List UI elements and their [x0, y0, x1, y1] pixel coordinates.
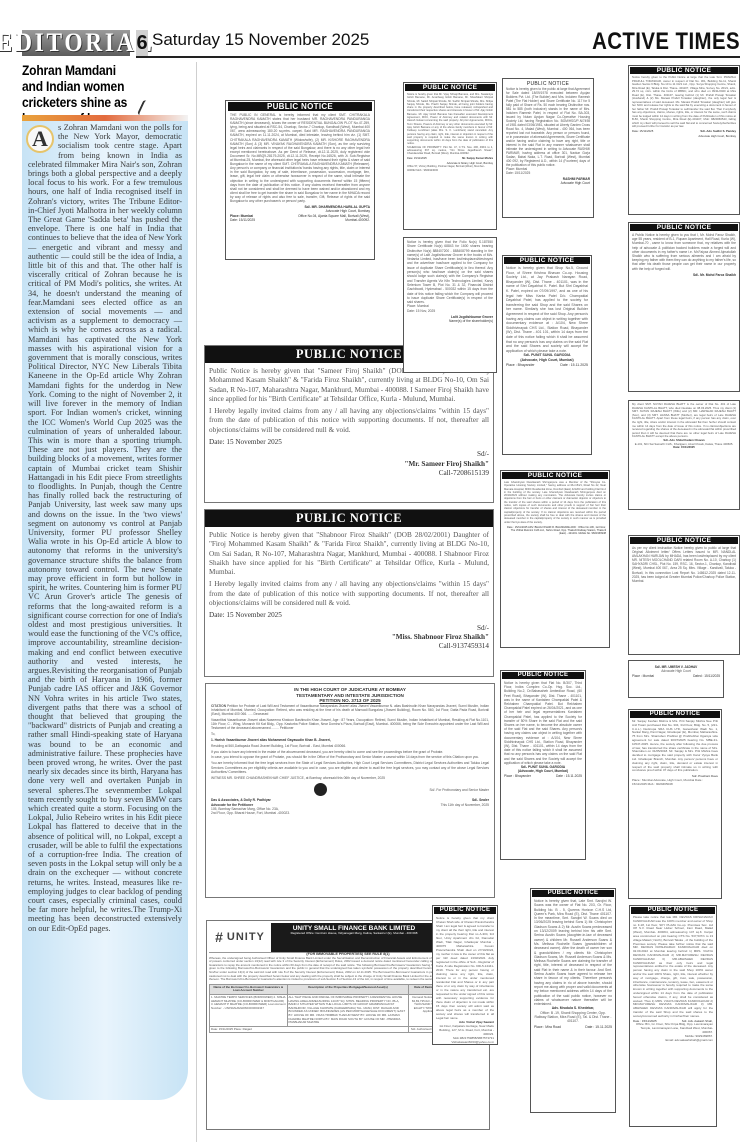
notice-date: Date : 15.11.2025 — [585, 1025, 612, 1029]
table-header: Name of the Borrower/ Co-Borrower/ Guara… — [210, 984, 288, 994]
notice-body: Late Ghanshyam Dwarkanath Shringarpure w… — [504, 481, 606, 524]
notice-patel-shop: PUBLIC NOTICE Notice is hereby given tha… — [502, 255, 592, 455]
notice-shringarpure: PUBLIC NOTICE Late Ghanshyam Dwarkanath … — [500, 470, 610, 648]
notice-sd: Sd/- — [209, 450, 489, 459]
citation-issued-date: This 11th day of November, 2025 — [441, 803, 489, 807]
notice-heading: PUBLIC NOTICE — [630, 224, 738, 231]
notice-signatory: Sd/- PUNIT SUNIL GARODIA(Advocate, High … — [504, 765, 582, 773]
notice-email: Email: adv.aakashshah@gmail.com — [633, 1039, 713, 1043]
notice-heading: PUBLIC NOTICE — [630, 67, 738, 74]
notice-heading: PUBLIC NOTICE — [532, 890, 614, 897]
notice-body: Mr. Sanjay Keshav Mishra & Mrs. Priti Sa… — [632, 720, 718, 773]
notice-footer: Place: MumbaiDate: 15/11/2025 Office No.… — [230, 214, 370, 222]
notice-body: A Public Notice is hereby given to you t… — [632, 233, 736, 271]
editorial-body: A s Zohran Mamdani won the polls for the… — [22, 115, 188, 1100]
notice-date: Date: 15/11/2025 — [632, 130, 653, 134]
notice-body: My client SMT. NUTAN RAJESH BHATT is the… — [632, 403, 736, 439]
notice-place: Place : Mumbai — [632, 674, 654, 678]
notice-signatory-role: Advocate High Court — [632, 669, 720, 673]
notice-harijan: PUBLIC NOTICE As per my client instructi… — [628, 535, 740, 655]
masthead-rule — [136, 56, 740, 58]
notice-body: Public Notice is hereby given that "Shab… — [209, 531, 489, 577]
editorial-text: s Zohran Mamdani won the polls for the N… — [28, 123, 182, 933]
quill-icon — [137, 99, 149, 116]
citation-to: To, — [211, 732, 489, 736]
notice-kamath: PUBLIC NOTICE THE PUBLIC IN GENERAL is h… — [225, 100, 375, 260]
notice-date: Date : 15.11.2025 — [556, 774, 582, 778]
notice-place: Place : Mira Road — [534, 1025, 561, 1029]
citation-petitioner: Vasantibai Vasantkumar Jhaveri alias Nas… — [211, 718, 489, 731]
court-seal-icon — [314, 783, 327, 796]
notice-heading: PUBLIC NOTICE — [434, 907, 496, 914]
notice-claims: I Hereby legally invited claims from any… — [209, 407, 489, 435]
citation-witness: WITNESS MR. SHREE CHANDRASHEKHAR CHIEF J… — [211, 776, 489, 780]
notice-name: "Miss. Shabnoor Firoz Shaikh" — [209, 633, 489, 642]
notice-holder: Lalit Jogdishkumar GroverName(s) of the … — [407, 315, 493, 324]
notice-name: "Mr. Sameer Firoj Shaikh" — [209, 460, 489, 469]
notice-body: Notice is hereby given that my client Ch… — [436, 916, 494, 1020]
notice-bhatt: My client SMT. NUTAN RAJESH BHATT is the… — [628, 400, 740, 510]
notice-faroz-shaikh: PUBLIC NOTICE A Public Notice is hereby … — [628, 222, 740, 392]
notice-date: Date: 15/11/2025 — [407, 157, 427, 160]
newspaper-name: ACTIVE TIMES — [592, 28, 740, 56]
citation-para-1: If you claim to have any interest in the… — [211, 750, 489, 754]
notice-date: Date: 15/11/2025 — [506, 171, 590, 175]
column-divider — [196, 62, 197, 1142]
notice-patel-flat: PUBLIC NOTICE Notice is hereby given tha… — [500, 670, 586, 860]
citation-para-2: In case, you intend to oppose the grant … — [211, 755, 489, 759]
notice-body: As per my client instruction Notice here… — [632, 546, 736, 583]
notice-signatory-role: Advocate High Court, Bombay — [632, 135, 736, 139]
notice-footer: Place : Mumbai Advocate, High Court, Mum… — [632, 779, 718, 787]
editorial-section-logo: EDITORIAL — [22, 30, 130, 56]
notice-body: Notice is hereby given that Flat No. B/3… — [504, 681, 582, 765]
notice-heading: PUBLIC NOTICE — [502, 672, 584, 679]
notice-bamane: PUBLIC NOTICE Notice is hereby given tha… — [403, 82, 497, 230]
notice-date: Date: 15/11/2025 — [632, 446, 736, 450]
notice-date: Date : 15.11.2025 — [560, 363, 588, 368]
notice-vedanta-shares: Notice is hereby given that the Folio No… — [403, 237, 497, 373]
property-cell: ALL THAT PIECE AND PARCEL OF IMMOVABLE P… — [287, 994, 409, 1026]
notice-schedule: SCHEDULE OF PROPERTY: Plot No. 47, C.T.S… — [407, 146, 493, 156]
notice-date: Date: 15 November 2025 — [209, 438, 489, 447]
notice-body: Notice is hereby given to the public at … — [506, 87, 590, 167]
notice-body: Please take notice that late MR. DEVDAS … — [633, 916, 713, 1019]
borrower-cell: 1. MHATRE TEMPO SERVICES (BORROWER) 2. N… — [210, 994, 288, 1026]
notice-heading: PUBLIC NOTICE — [228, 102, 372, 111]
unity-bank-logo: #UNITY — [209, 923, 271, 952]
citation-para-3: You are hereby informed that the free le… — [211, 761, 489, 774]
notice-date: Dated : 15/11/2025 — [693, 674, 720, 678]
footer-left: Date: 15/11/2025 Place: Raigad — [210, 1026, 409, 1033]
high-court-citation: IN THE HIGH COURT OF JUDICATURE AT BOMBA… — [205, 683, 495, 898]
page-number: 6 — [136, 30, 148, 56]
notice-toraskar: PUBLIC NOTICE Notice hereby given to the… — [628, 65, 740, 215]
notice-body: Notice is hereby given that, Late Smt. S… — [534, 899, 612, 1006]
citation-intro: CITATION Petition for Probate of Last Wi… — [211, 704, 489, 717]
notice-body: Notice is hereby given that Mr. Vijay Sh… — [407, 93, 493, 146]
issue-date: Saturday 15 November 2025 — [152, 30, 369, 50]
notice-footer: Date : 15/11/2025 ADV. BHAGYASHRI R. BHA… — [504, 526, 606, 536]
notice-parmar: PUBLIC NOTICE Notice is hereby given to … — [502, 78, 594, 218]
notice-signatory: Mr. Sanjay Kumar Mishra — [462, 157, 493, 160]
notice-claims: I Hereby legally invited claims from any… — [209, 580, 489, 608]
notice-address: Office 57, Victory Building, Poshan Naga… — [407, 165, 493, 172]
notice-mishra: PUBLIC NOTICE Mr. Sanjay Keshav Mishra &… — [628, 709, 722, 899]
notice-soans: PUBLIC NOTICE Notice is hereby given tha… — [530, 888, 616, 1113]
notice-body: THE PUBLIC IN GENERAL is hereby informed… — [230, 113, 370, 203]
masthead: EDITORIAL 6 Saturday 15 November 2025 AC… — [0, 0, 750, 60]
notice-email: Vishalsawant6033@yahoo.co.in — [436, 1040, 494, 1044]
citation-respondent-address: Residing at 560,Dattapada Road Jhaveri B… — [211, 744, 489, 748]
notice-body: Notice is hereby given that Shop No.5, G… — [506, 266, 588, 353]
notice-heading: PUBLIC NOTICE — [631, 907, 715, 914]
bank-header: UNITY SMALL FINANCE BANK LIMITEDRegister… — [271, 923, 437, 952]
citation-respondent: 1. Harish Vasantkumar Jhaveri alias Moha… — [211, 738, 489, 742]
notice-vishal-sawant: PUBLIC NOTICE Notice is hereby given tha… — [432, 905, 498, 1045]
notice-heading: PUBLIC NOTICE — [630, 711, 720, 718]
notice-sd: Sd/- — [209, 624, 489, 633]
notice-date: Date: 15 November 2025 — [209, 611, 489, 620]
notice-heading: PUBLIC NOTICE — [630, 537, 738, 544]
notice-address: Office: B -19, Shanti Shopping Center, O… — [534, 1011, 612, 1024]
notice-phone: Call-9137459314 — [209, 642, 489, 651]
notice-phone: Call-7208615139 — [209, 469, 489, 478]
notice-date: Date: 15 Nov, 2025 — [407, 309, 493, 313]
table-header: Description of the Properties Mortgaged/… — [287, 984, 409, 994]
notice-umesh-jadhav: Sd/- MR. UMESH V. JADHAV Advocate High C… — [628, 660, 724, 698]
notice-body: Notice is hereby given that the Folio No… — [407, 240, 493, 304]
notice-body: Notice hereby given to the Public Notice… — [632, 76, 736, 129]
notice-signatory: Sd/- Adv. Sudhir S. Pandey — [700, 130, 736, 134]
notice-place: Place : Bhayander — [506, 363, 535, 368]
notice-signatory: Sd/- PUNIT SUNIL GARODIA(Advocate, High … — [506, 353, 588, 362]
notice-signatory: Sd/- Mr. Mohd Faroz Shaikh — [632, 273, 736, 277]
notice-heading: PUBLIC NOTICE — [504, 257, 590, 264]
notice-address: Office: B/1, Gr. Floor, Shiv Kripa Bldg,… — [633, 1023, 713, 1034]
notice-heading: PUBLIC NOTICE — [405, 84, 495, 91]
drop-cap: A — [26, 125, 54, 153]
citation-prothonotary: Sd/- For Prothonotary and Senior Master — [429, 788, 489, 792]
notice-address: 1st Floor, Kalpataru Heritage, Near Madu… — [436, 1024, 494, 1036]
notice-signatory: Sd/- MR. DHARMENDRA HARILAL GUPTAAdvocat… — [230, 205, 370, 213]
editorial-ribbon — [22, 115, 188, 121]
notice-heading: PUBLIC NOTICE — [205, 510, 493, 527]
notice-heading: PUBLIC NOTICE — [502, 472, 608, 479]
notice-shabnoor-shaikh: PUBLIC NOTICE Public Notice is hereby gi… — [204, 509, 494, 677]
notice-place: Place : Bhayander — [504, 774, 531, 778]
notice-signatory: RASHMI PARMARAdvocate High Court — [506, 177, 590, 185]
notice-kandivalkar: PUBLIC NOTICE Please take notice that la… — [629, 905, 717, 1127]
citation-address-2: 2nd Floor, Opp. Bharat House, Fort, Mumb… — [211, 811, 489, 815]
